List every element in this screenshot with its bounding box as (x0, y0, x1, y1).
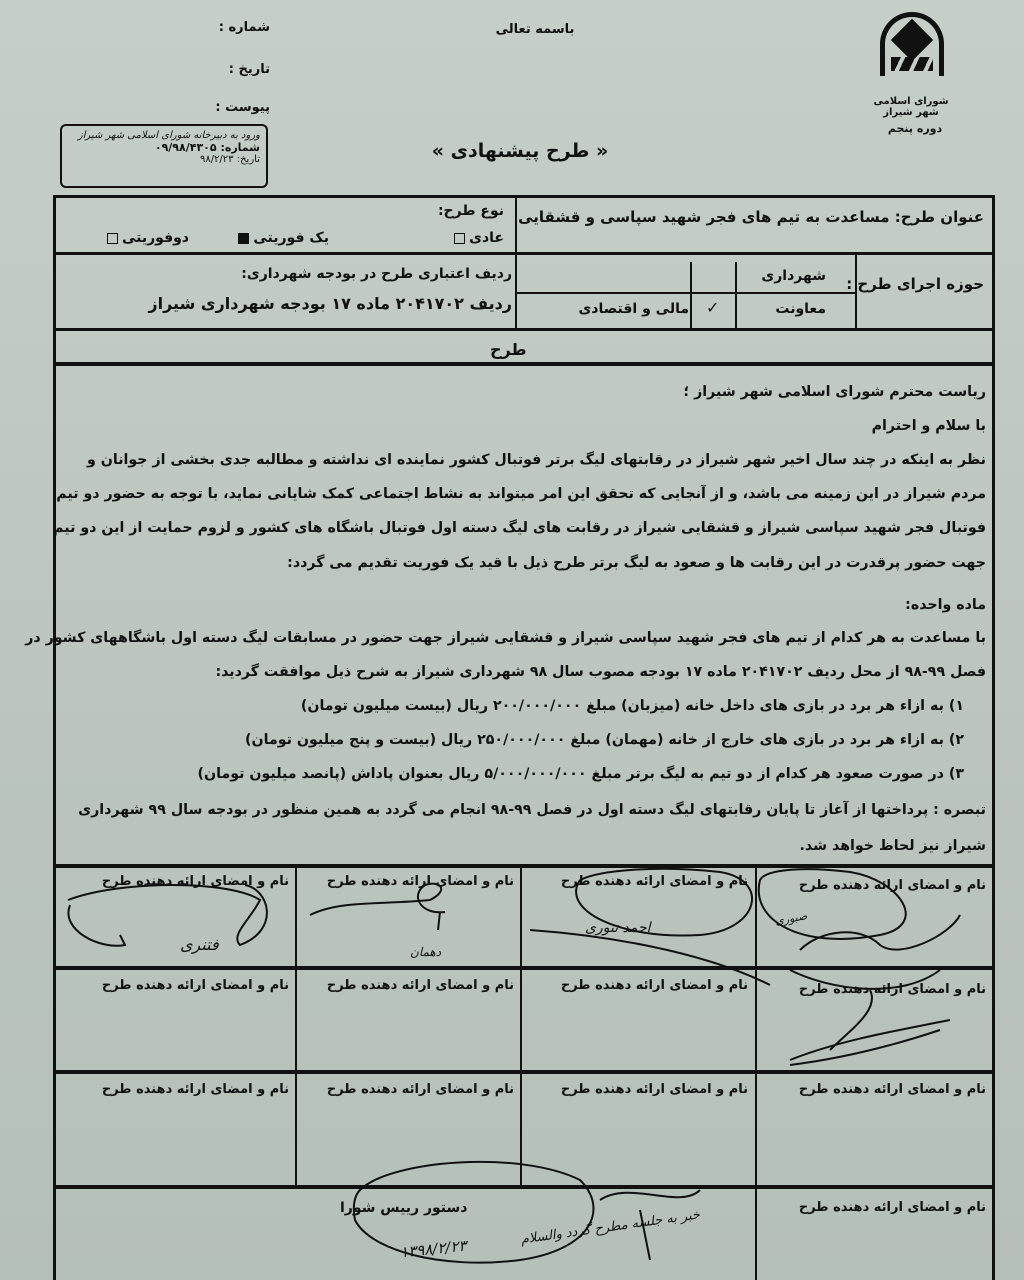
signature-scribbles-icon (0, 0, 1024, 1280)
scanned-document: شورای اسلامی شهر شیراز دوره پنجم باسمه ت… (0, 0, 1024, 1280)
